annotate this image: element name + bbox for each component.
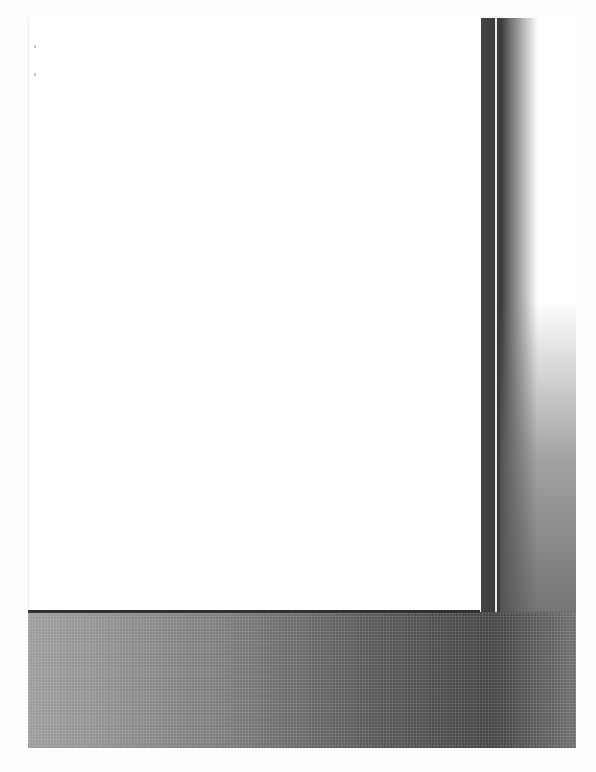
scan-stripe <box>495 18 497 612</box>
scan-speck <box>34 45 36 48</box>
right-scan-shadow-lower <box>500 300 576 620</box>
page-bottom-edge <box>28 610 480 612</box>
scan-speck <box>34 73 36 76</box>
bottom-scan-shadow <box>28 612 576 748</box>
blank-page <box>28 18 481 612</box>
